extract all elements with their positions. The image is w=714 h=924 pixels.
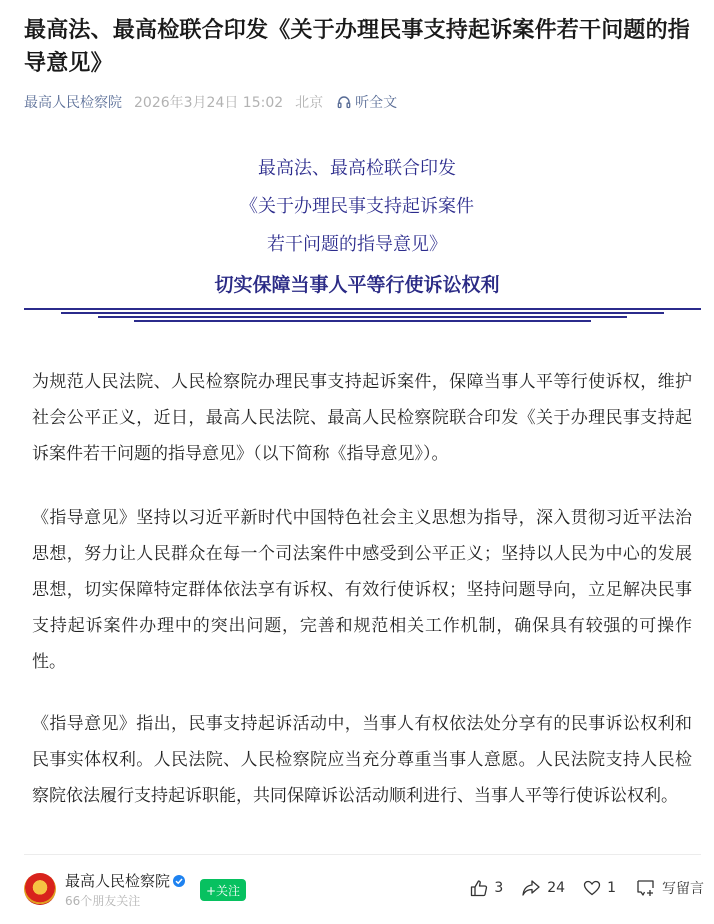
publish-location: 北京 (295, 92, 323, 112)
account-avatar[interactable] (24, 873, 56, 905)
account-name: 最高人民检察院 (65, 870, 170, 891)
thumbs-up-icon (470, 879, 488, 897)
share-button[interactable]: 24 (521, 879, 565, 897)
heading-line-2: 《关于办理民事支持起诉案件 (0, 188, 714, 226)
article-meta: 最高人民检察院 2026年3月24日 15:02 北京 听全文 (24, 92, 397, 112)
heading-subtitle: 切实保障当事人平等行使诉讼权利 (0, 266, 714, 304)
favorite-count: 1 (607, 880, 616, 896)
like-count: 3 (494, 880, 503, 896)
heading-line-1: 最高法、最高检联合印发 (0, 150, 714, 188)
body-paragraph-2: 《指导意见》坚持以习近平新时代中国特色社会主义思想为指导，深入贯彻习近平法治思想… (32, 500, 692, 680)
publish-date: 2026年3月24日 15:02 (134, 92, 283, 112)
heading-line-3: 若干问题的指导意见》 (0, 226, 714, 264)
headphones-icon (337, 95, 351, 109)
article-banner-heading: 最高法、最高检联合印发 《关于办理民事支持起诉案件 若干问题的指导意见》 切实保… (0, 150, 714, 304)
comment-label: 写留言 (662, 878, 704, 898)
listen-label: 听全文 (355, 92, 397, 112)
decorative-rule-4 (134, 320, 591, 322)
decorative-rule-2 (61, 312, 664, 314)
comment-icon (636, 879, 656, 897)
decorative-rule-3 (98, 316, 627, 318)
friends-following: 66个朋友关注 (65, 892, 140, 909)
body-paragraph-3: 《指导意见》指出，民事支持起诉活动中，当事人有权依法处分享有的民事诉讼权利和民事… (32, 706, 692, 814)
like-button[interactable]: 3 (470, 879, 503, 897)
article-title: 最高法、最高检联合印发《关于办理民事支持起诉案件若干问题的指导意见》 (24, 14, 704, 80)
listen-button[interactable]: 听全文 (337, 92, 397, 112)
heart-icon (583, 880, 601, 896)
interaction-bar: 3 24 1 写留言 (454, 878, 704, 898)
follow-button[interactable]: +关注 (200, 879, 246, 901)
share-count: 24 (547, 880, 565, 896)
source-link[interactable]: 最高人民检察院 (24, 92, 122, 112)
footer-divider (24, 854, 701, 855)
article-footer: 最高人民检察院 66个朋友关注 +关注 3 24 1 (24, 870, 704, 914)
favorite-button[interactable]: 1 (583, 880, 616, 896)
share-arrow-icon (521, 879, 541, 897)
decorative-rule-1 (24, 308, 701, 310)
account-name-row[interactable]: 最高人民检察院 (65, 870, 186, 891)
body-paragraph-1: 为规范人民法院、人民检察院办理民事支持起诉案件，保障当事人平等行使诉权，维护社会… (32, 364, 692, 472)
comment-button[interactable]: 写留言 (636, 878, 704, 898)
verified-badge-icon (172, 874, 186, 888)
